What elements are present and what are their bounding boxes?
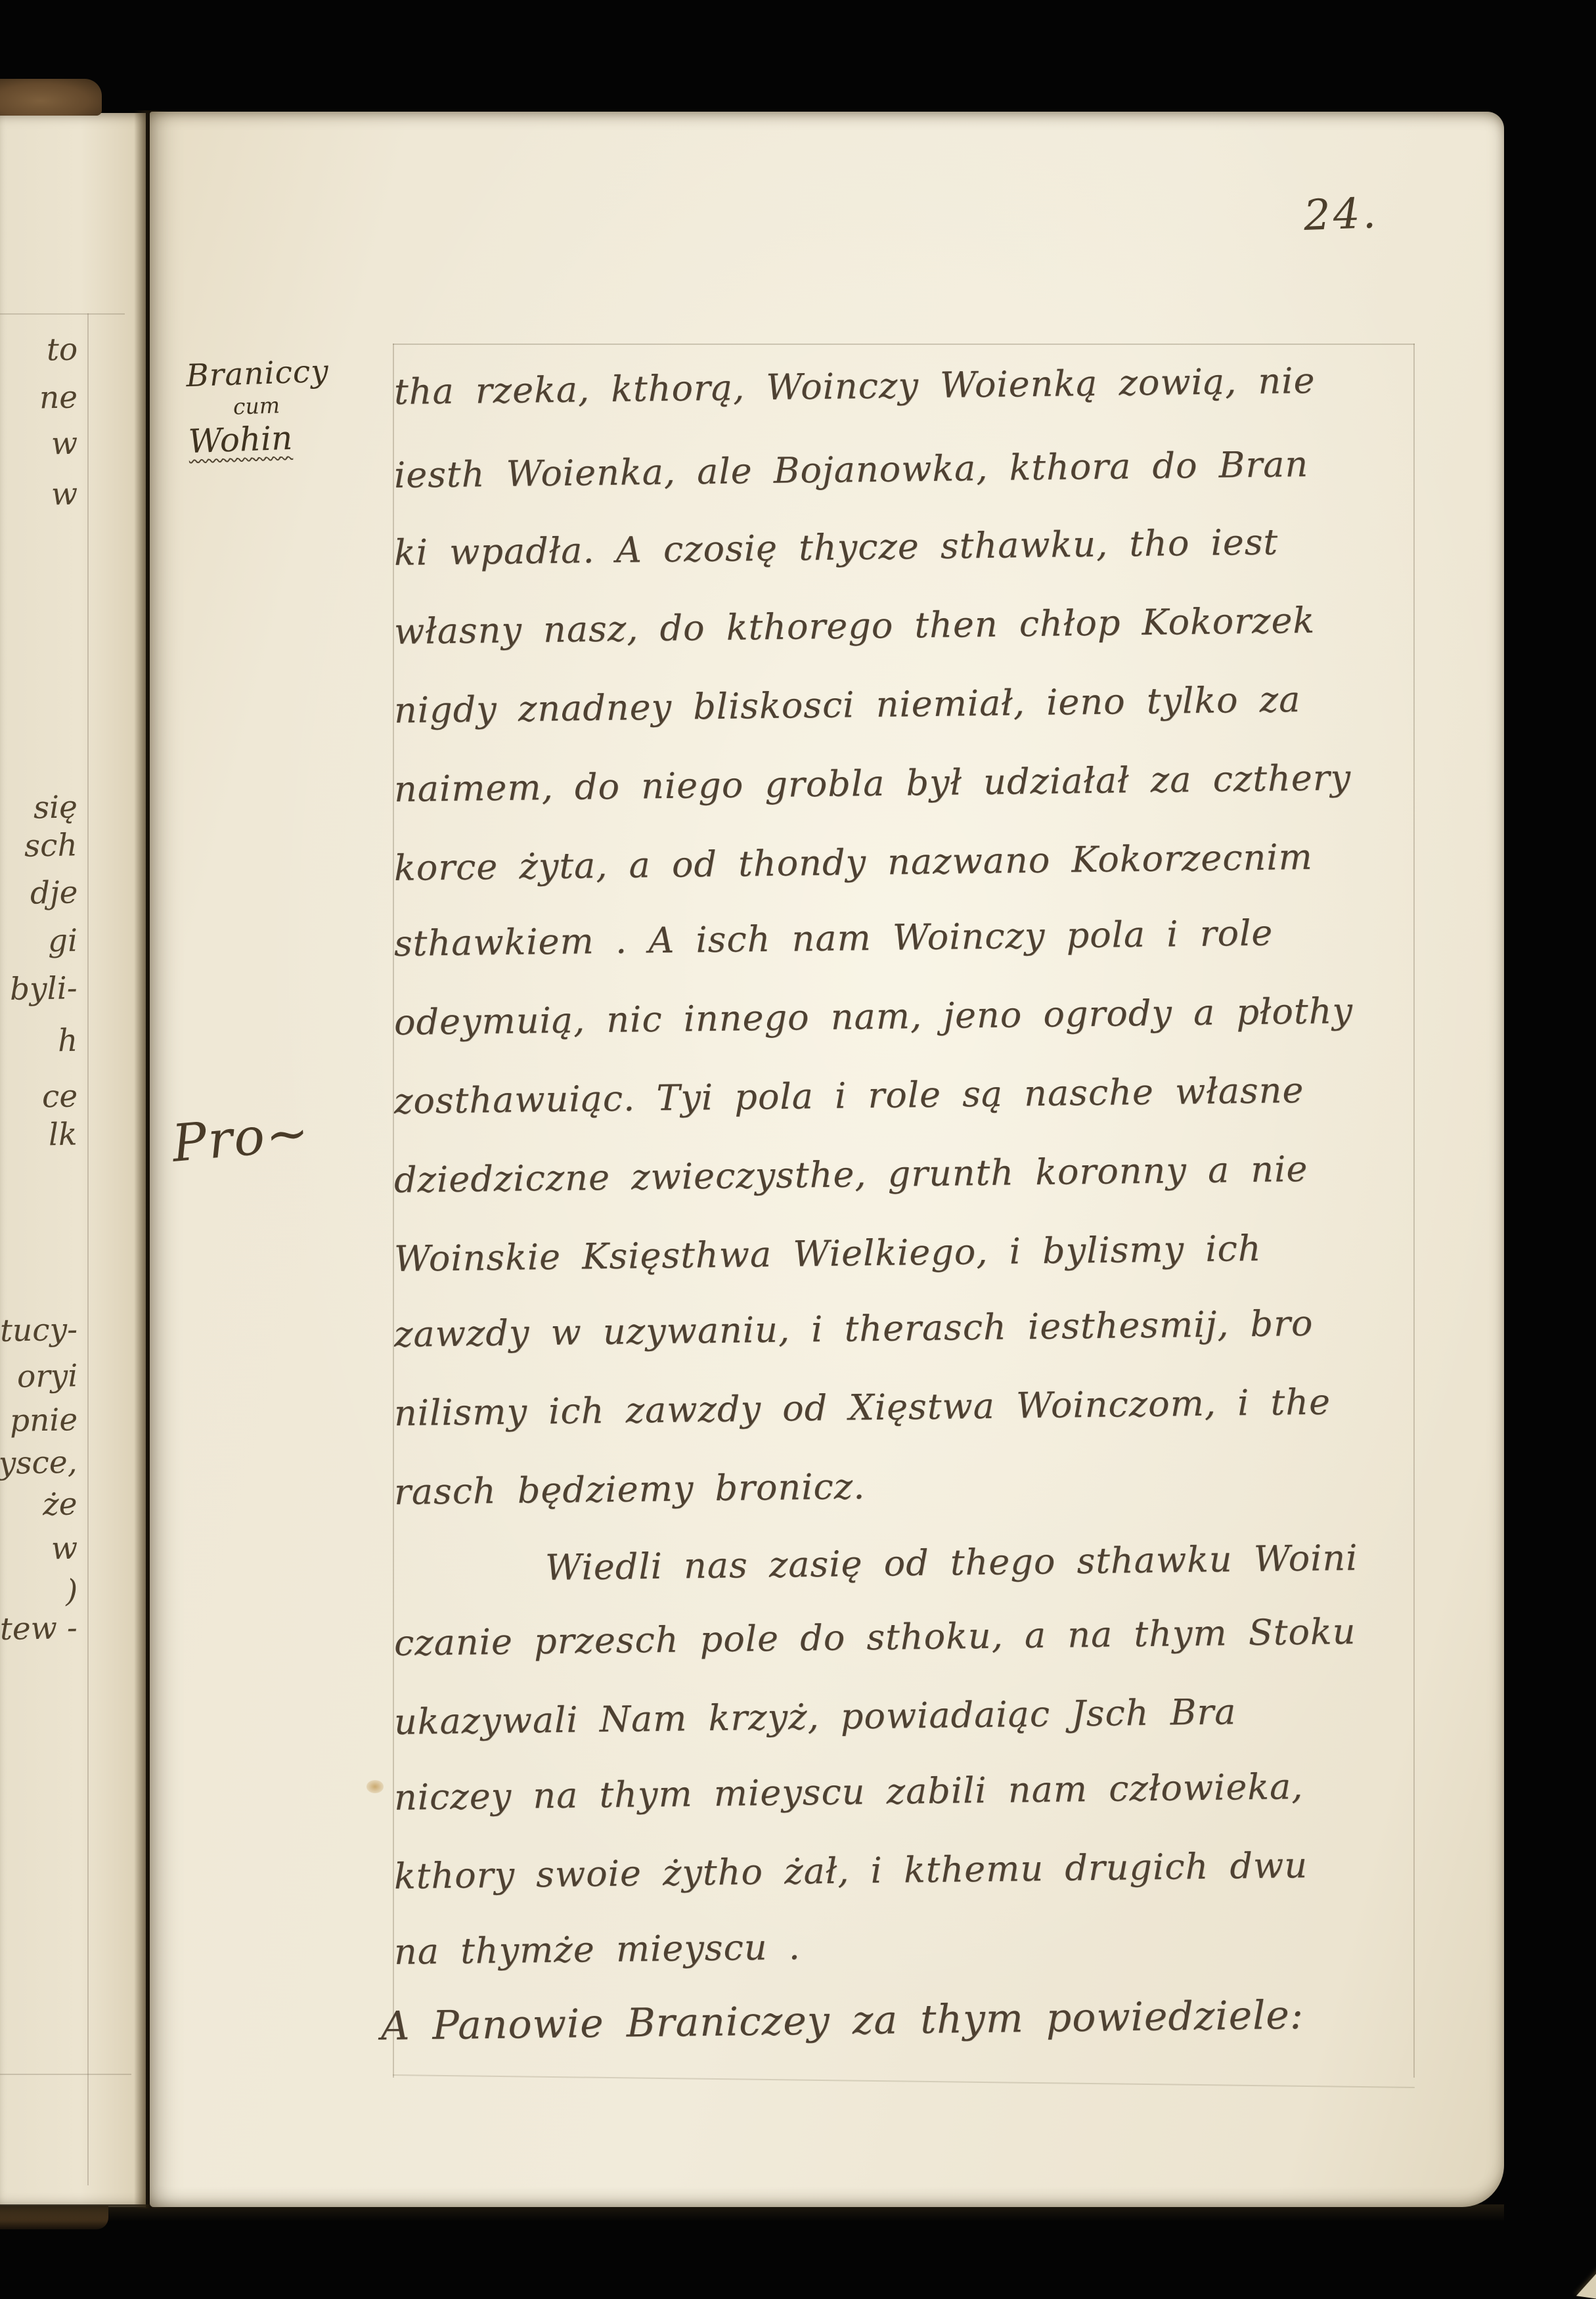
previous-page-text-fragment: ce	[41, 1079, 78, 1115]
frame-line	[87, 313, 89, 2185]
margin-heading-place: Wohin	[188, 416, 386, 460]
previous-page-text-fragment: się	[33, 789, 78, 826]
photograph-background: tonewwsięschdjegibyli-hcelkstucy-oryipni…	[0, 0, 1596, 2299]
frame-line	[1413, 344, 1415, 2078]
previous-page-text-fragment: gi	[47, 923, 78, 960]
previous-page-text-fragment: to	[46, 332, 78, 368]
previous-page-text-fragment: oryi	[16, 1358, 78, 1395]
margin-heading-cum: cum	[233, 389, 384, 420]
previous-page-text-fragment: stucy-	[0, 1312, 78, 1349]
manuscript-line: na thymże mieyscu .	[394, 1926, 801, 1973]
previous-page-text-fragment: dje	[30, 874, 78, 911]
page-number: 24.	[1303, 189, 1379, 240]
page-corner-fold	[1576, 2236, 1596, 2299]
previous-page-text-fragment: )	[65, 1573, 78, 1609]
margin-heading-name: Braniccy	[185, 351, 384, 394]
previous-page-text-fragment: w	[51, 1530, 78, 1567]
frame-line	[0, 313, 125, 315]
margin-heading: Braniccy cum Wohin	[185, 351, 386, 460]
paper-stain	[366, 1780, 384, 1793]
frame-line	[393, 344, 1415, 345]
previous-page-text-fragment: sch	[24, 827, 78, 864]
previous-page-text-fragment: eysce,	[0, 1444, 78, 1483]
previous-page-text-fragment: tew -	[0, 1610, 78, 1647]
previous-page-text-fragment: h	[57, 1023, 78, 1060]
book-spine-top	[0, 79, 102, 116]
previous-page-text-fragment: lk	[49, 1117, 78, 1153]
frame-line	[0, 2074, 131, 2075]
margin-note-pro: Pro~	[169, 1103, 312, 1174]
previous-page-text-fragment: ne	[39, 379, 78, 416]
previous-page-text-fragment: w	[51, 476, 78, 513]
previous-page-text-fragment: w	[51, 426, 78, 462]
manuscript-line: rasch będziemy bronicz.	[394, 1465, 866, 1513]
previous-page-text-fragment: pnie	[9, 1402, 78, 1439]
previous-page-text-fragment: byli-	[10, 970, 78, 1008]
previous-page-text-fragment: że	[43, 1486, 78, 1523]
